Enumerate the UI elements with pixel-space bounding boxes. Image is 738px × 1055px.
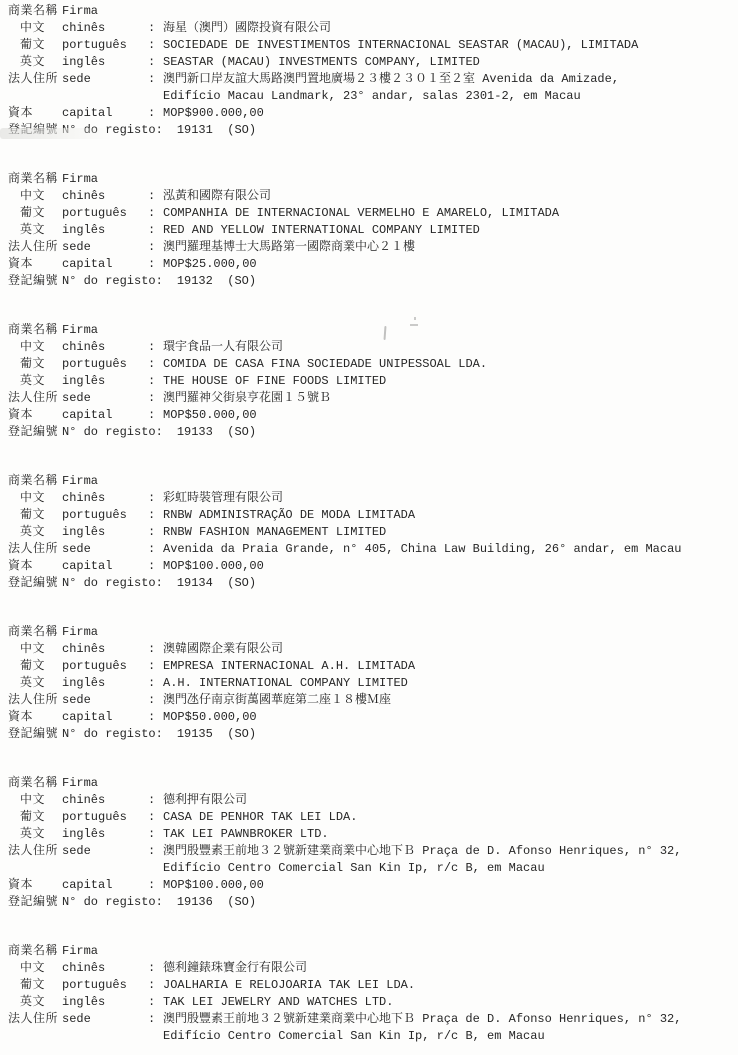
registry-label-pt: N° do registo: <box>62 122 163 139</box>
chinese-name-row: 中文 chinês : 海星（澳門）國際投資有限公司 <box>8 20 732 37</box>
company-entry: 商業名稱 Firma 中文 chinês : 澳韓國際企業有限公司 葡文 por… <box>8 624 732 743</box>
colon-separator: : <box>148 877 163 894</box>
registry-number-value: 19134 (SO) <box>177 575 256 592</box>
capital-value: MOP$100.000,00 <box>163 558 732 575</box>
portuguese-name-value: SOCIEDADE DE INVESTIMENTOS INTERNACIONAL… <box>163 37 732 54</box>
firm-label-portuguese: Firma <box>62 624 148 641</box>
capital-label-cn: 資本 <box>8 709 62 726</box>
portuguese-name-row: 葡文 português : COMIDA DE CASA FINA SOCIE… <box>8 356 732 373</box>
registered-seat-row: 法人住所 sede : 澳門殷豐素王前地３２號新建業商業中心地下Ｂ Praça … <box>8 843 732 877</box>
portuguese-name-value: COMPANHIA DE INTERNACIONAL VERMELHO E AM… <box>163 205 732 222</box>
firm-header-row: 商業名稱 Firma <box>8 473 732 490</box>
company-entry-list: 商業名稱 Firma 中文 chinês : 海星（澳門）國際投資有限公司 葡文… <box>8 3 732 1045</box>
english-name-value: A.H. INTERNATIONAL COMPANY LIMITED <box>163 675 732 692</box>
colon-separator: : <box>148 541 163 558</box>
firm-label-chinese: 商業名稱 <box>8 3 62 20</box>
seat-address-value: 澳門殷豐素王前地３２號新建業商業中心地下Ｂ Praça de D. Afonso… <box>163 843 732 877</box>
english-label-cn: 英文 <box>8 54 62 71</box>
portuguese-name-value: RNBW ADMINISTRAÇÃO DE MODA LIMITADA <box>163 507 732 524</box>
chinese-label-pt: chinês <box>62 188 148 205</box>
colon-separator: : <box>148 239 163 256</box>
portuguese-name-row: 葡文 português : CASA DE PENHOR TAK LEI LD… <box>8 809 732 826</box>
english-name-value: SEASTAR (MACAU) INVESTMENTS COMPANY, LIM… <box>163 54 732 71</box>
firm-label-chinese: 商業名稱 <box>8 171 62 188</box>
portuguese-label-cn: 葡文 <box>8 809 62 826</box>
registry-number-value: 19136 (SO) <box>177 894 256 911</box>
chinese-name-value: 環宇食品一人有限公司 <box>163 339 732 356</box>
capital-row: 資本 capital : MOP$100.000,00 <box>8 558 732 575</box>
english-name-row: 英文 inglês : THE HOUSE OF FINE FOODS LIMI… <box>8 373 732 390</box>
registered-seat-row: 法人住所 sede : 澳門羅神父街泉亨花園１５號Ｂ <box>8 390 732 407</box>
english-label-pt: inglês <box>62 826 148 843</box>
colon-separator: : <box>148 490 163 507</box>
portuguese-label-cn: 葡文 <box>8 205 62 222</box>
portuguese-label-pt: português <box>62 507 148 524</box>
registry-label-pt: N° do registo: <box>62 575 163 592</box>
seat-address-value: 澳門殷豐素王前地３２號新建業商業中心地下Ｂ Praça de D. Afonso… <box>163 1011 732 1045</box>
seat-address-value: Avenida da Praia Grande, n° 405, China L… <box>163 541 732 558</box>
seat-label-pt: sede <box>62 239 148 256</box>
capital-label-cn: 資本 <box>8 558 62 575</box>
firm-header-row: 商業名稱 Firma <box>8 943 732 960</box>
colon-separator: : <box>148 407 163 424</box>
registry-label-cn: 登記編號 <box>8 575 62 592</box>
firm-label-chinese: 商業名稱 <box>8 775 62 792</box>
chinese-label-pt: chinês <box>62 20 148 37</box>
registry-number-value: 19135 (SO) <box>177 726 256 743</box>
english-label-pt: inglês <box>62 373 148 390</box>
portuguese-name-row: 葡文 português : RNBW ADMINISTRAÇÃO DE MOD… <box>8 507 732 524</box>
chinese-name-value: 彩虹時裝管理有限公司 <box>163 490 732 507</box>
firm-label-chinese: 商業名稱 <box>8 473 62 490</box>
portuguese-label-cn: 葡文 <box>8 37 62 54</box>
colon-separator: : <box>148 54 163 71</box>
portuguese-name-value: EMPRESA INTERNACIONAL A.H. LIMITADA <box>163 658 732 675</box>
capital-label-pt: capital <box>62 709 148 726</box>
capital-value: MOP$50.000,00 <box>163 407 732 424</box>
registry-number-value: 19133 (SO) <box>177 424 256 441</box>
colon-separator: : <box>148 390 163 407</box>
seat-label-pt: sede <box>62 541 148 558</box>
portuguese-name-row: 葡文 português : COMPANHIA DE INTERNACIONA… <box>8 205 732 222</box>
chinese-name-value: 澳韓國際企業有限公司 <box>163 641 732 658</box>
capital-row: 資本 capital : MOP$25.000,00 <box>8 256 732 273</box>
colon-separator: : <box>148 188 163 205</box>
colon-separator: : <box>148 792 163 809</box>
capital-row: 資本 capital : MOP$50.000,00 <box>8 407 732 424</box>
colon-separator: : <box>148 105 163 122</box>
company-entry: 商業名稱 Firma 中文 chinês : 彩虹時裝管理有限公司 葡文 por… <box>8 473 732 592</box>
colon-separator: : <box>148 507 163 524</box>
chinese-name-row: 中文 chinês : 泓黃和國際有限公司 <box>8 188 732 205</box>
registry-label-cn: 登記編號 <box>8 273 62 290</box>
colon-separator: : <box>148 524 163 541</box>
seat-label-cn: 法人住所 <box>8 843 62 860</box>
english-name-row: 英文 inglês : SEASTAR (MACAU) INVESTMENTS … <box>8 54 732 71</box>
chinese-name-row: 中文 chinês : 彩虹時裝管理有限公司 <box>8 490 732 507</box>
capital-value: MOP$900.000,00 <box>163 105 732 122</box>
colon-separator: : <box>148 960 163 977</box>
english-label-cn: 英文 <box>8 222 62 239</box>
firm-label-portuguese: Firma <box>62 775 148 792</box>
registry-label-pt: N° do registo: <box>62 424 163 441</box>
english-label-pt: inglês <box>62 994 148 1011</box>
firm-header-row: 商業名稱 Firma <box>8 624 732 641</box>
seat-label-cn: 法人住所 <box>8 239 62 256</box>
registry-number-row: 登記編號 N° do registo: 19131 (SO) <box>8 122 732 139</box>
firm-label-chinese: 商業名稱 <box>8 322 62 339</box>
firm-header-row: 商業名稱 Firma <box>8 775 732 792</box>
registry-label-cn: 登記編號 <box>8 726 62 743</box>
capital-value: MOP$25.000,00 <box>163 256 732 273</box>
registry-number-row: 登記編號 N° do registo: 19136 (SO) <box>8 894 732 911</box>
chinese-name-value: 泓黃和國際有限公司 <box>163 188 732 205</box>
company-entry: 商業名稱 Firma 中文 chinês : 德利押有限公司 葡文 portug… <box>8 775 732 911</box>
portuguese-name-value: COMIDA DE CASA FINA SOCIEDADE UNIPESSOAL… <box>163 356 732 373</box>
company-entry: 商業名稱 Firma 中文 chinês : 德利鐘錶珠寶金行有限公司 葡文 p… <box>8 943 732 1045</box>
firm-label-portuguese: Firma <box>62 3 148 20</box>
firm-label-portuguese: Firma <box>62 322 148 339</box>
portuguese-label-pt: português <box>62 809 148 826</box>
capital-label-pt: capital <box>62 256 148 273</box>
portuguese-label-cn: 葡文 <box>8 507 62 524</box>
firm-header-row: 商業名稱 Firma <box>8 3 732 20</box>
registered-seat-row: 法人住所 sede : 澳門殷豐素王前地３２號新建業商業中心地下Ｂ Praça … <box>8 1011 732 1045</box>
firm-label-portuguese: Firma <box>62 473 148 490</box>
capital-label-cn: 資本 <box>8 407 62 424</box>
registered-seat-row: 法人住所 sede : 澳門新口岸友誼大馬路澳門置地廣場２３樓２３０１至２室 A… <box>8 71 732 105</box>
english-name-row: 英文 inglês : TAK LEI PAWNBROKER LTD. <box>8 826 732 843</box>
seat-label-pt: sede <box>62 1011 148 1028</box>
capital-label-pt: capital <box>62 407 148 424</box>
colon-separator: : <box>148 1011 163 1028</box>
portuguese-label-pt: português <box>62 356 148 373</box>
seat-label-pt: sede <box>62 843 148 860</box>
english-label-pt: inglês <box>62 54 148 71</box>
english-name-value: TAK LEI JEWELRY AND WATCHES LTD. <box>163 994 732 1011</box>
colon-separator: : <box>148 205 163 222</box>
seat-label-cn: 法人住所 <box>8 71 62 88</box>
seat-address-value: 澳門新口岸友誼大馬路澳門置地廣場２３樓２３０１至２室 Avenida da Am… <box>163 71 732 105</box>
colon-separator: : <box>148 843 163 860</box>
seat-label-cn: 法人住所 <box>8 692 62 709</box>
chinese-label-pt: chinês <box>62 490 148 507</box>
colon-separator: : <box>148 977 163 994</box>
registry-label-pt: N° do registo: <box>62 894 163 911</box>
colon-separator: : <box>148 256 163 273</box>
seat-label-cn: 法人住所 <box>8 390 62 407</box>
chinese-name-value: 德利押有限公司 <box>163 792 732 809</box>
seat-label-cn: 法人住所 <box>8 1011 62 1028</box>
registry-number-row: 登記編號 N° do registo: 19133 (SO) <box>8 424 732 441</box>
capital-value: MOP$50.000,00 <box>163 709 732 726</box>
colon-separator: : <box>148 222 163 239</box>
registry-document-page: 商業名稱 Firma 中文 chinês : 海星（澳門）國際投資有限公司 葡文… <box>0 0 738 1055</box>
capital-label-pt: capital <box>62 558 148 575</box>
chinese-name-row: 中文 chinês : 環宇食品一人有限公司 <box>8 339 732 356</box>
colon-separator: : <box>148 809 163 826</box>
portuguese-name-row: 葡文 português : EMPRESA INTERNACIONAL A.H… <box>8 658 732 675</box>
english-name-row: 英文 inglês : A.H. INTERNATIONAL COMPANY L… <box>8 675 732 692</box>
company-entry: 商業名稱 Firma 中文 chinês : 泓黃和國際有限公司 葡文 port… <box>8 171 732 290</box>
chinese-label-pt: chinês <box>62 792 148 809</box>
registry-label-cn: 登記編號 <box>8 122 62 139</box>
chinese-label-cn: 中文 <box>8 20 62 37</box>
chinese-name-row: 中文 chinês : 澳韓國際企業有限公司 <box>8 641 732 658</box>
colon-separator: : <box>148 71 163 88</box>
capital-row: 資本 capital : MOP$50.000,00 <box>8 709 732 726</box>
capital-label-pt: capital <box>62 877 148 894</box>
company-entry: 商業名稱 Firma 中文 chinês : 環宇食品一人有限公司 葡文 por… <box>8 322 732 441</box>
colon-separator: : <box>148 37 163 54</box>
colon-separator: : <box>148 373 163 390</box>
english-name-row: 英文 inglês : TAK LEI JEWELRY AND WATCHES … <box>8 994 732 1011</box>
capital-label-pt: capital <box>62 105 148 122</box>
chinese-label-cn: 中文 <box>8 339 62 356</box>
chinese-label-cn: 中文 <box>8 792 62 809</box>
portuguese-label-pt: português <box>62 977 148 994</box>
portuguese-name-value: JOALHARIA E RELOJOARIA TAK LEI LDA. <box>163 977 732 994</box>
company-entry: 商業名稱 Firma 中文 chinês : 海星（澳門）國際投資有限公司 葡文… <box>8 3 732 139</box>
english-name-row: 英文 inglês : RNBW FASHION MANAGEMENT LIMI… <box>8 524 732 541</box>
portuguese-name-value: CASA DE PENHOR TAK LEI LDA. <box>163 809 732 826</box>
english-name-value: RED AND YELLOW INTERNATIONAL COMPANY LIM… <box>163 222 732 239</box>
capital-row: 資本 capital : MOP$900.000,00 <box>8 105 732 122</box>
seat-label-pt: sede <box>62 390 148 407</box>
chinese-label-pt: chinês <box>62 641 148 658</box>
registry-number-value: 19132 (SO) <box>177 273 256 290</box>
firm-header-row: 商業名稱 Firma <box>8 322 732 339</box>
chinese-name-value: 德利鐘錶珠寶金行有限公司 <box>163 960 732 977</box>
chinese-label-pt: chinês <box>62 339 148 356</box>
seat-label-pt: sede <box>62 71 148 88</box>
firm-label-portuguese: Firma <box>62 943 148 960</box>
english-label-pt: inglês <box>62 222 148 239</box>
chinese-name-row: 中文 chinês : 德利鐘錶珠寶金行有限公司 <box>8 960 732 977</box>
english-name-value: THE HOUSE OF FINE FOODS LIMITED <box>163 373 732 390</box>
english-label-cn: 英文 <box>8 373 62 390</box>
english-name-row: 英文 inglês : RED AND YELLOW INTERNATIONAL… <box>8 222 732 239</box>
colon-separator: : <box>148 558 163 575</box>
registry-label-pt: N° do registo: <box>62 273 163 290</box>
registry-label-pt: N° do registo: <box>62 726 163 743</box>
english-name-value: RNBW FASHION MANAGEMENT LIMITED <box>163 524 732 541</box>
registry-label-cn: 登記編號 <box>8 894 62 911</box>
chinese-label-pt: chinês <box>62 960 148 977</box>
portuguese-label-cn: 葡文 <box>8 356 62 373</box>
capital-label-cn: 資本 <box>8 105 62 122</box>
firm-header-row: 商業名稱 Firma <box>8 171 732 188</box>
capital-label-cn: 資本 <box>8 877 62 894</box>
capital-label-cn: 資本 <box>8 256 62 273</box>
chinese-name-value: 海星（澳門）國際投資有限公司 <box>163 20 732 37</box>
chinese-label-cn: 中文 <box>8 188 62 205</box>
capital-value: MOP$100.000,00 <box>163 877 732 894</box>
colon-separator: : <box>148 339 163 356</box>
english-label-cn: 英文 <box>8 994 62 1011</box>
registered-seat-row: 法人住所 sede : 澳門羅理基博士大馬路第一國際商業中心２１樓 <box>8 239 732 256</box>
english-name-value: TAK LEI PAWNBROKER LTD. <box>163 826 732 843</box>
registry-number-value: 19131 (SO) <box>177 122 256 139</box>
chinese-label-cn: 中文 <box>8 960 62 977</box>
seat-label-cn: 法人住所 <box>8 541 62 558</box>
seat-label-pt: sede <box>62 692 148 709</box>
colon-separator: : <box>148 641 163 658</box>
capital-row: 資本 capital : MOP$100.000,00 <box>8 877 732 894</box>
portuguese-label-pt: português <box>62 37 148 54</box>
firm-label-chinese: 商業名稱 <box>8 943 62 960</box>
chinese-label-cn: 中文 <box>8 490 62 507</box>
registered-seat-row: 法人住所 sede : 澳門氹仔南京街萬國華庭第二座１８樓Ｍ座 <box>8 692 732 709</box>
chinese-label-cn: 中文 <box>8 641 62 658</box>
colon-separator: : <box>148 692 163 709</box>
portuguese-label-cn: 葡文 <box>8 977 62 994</box>
portuguese-label-cn: 葡文 <box>8 658 62 675</box>
firm-label-chinese: 商業名稱 <box>8 624 62 641</box>
registry-number-row: 登記編號 N° do registo: 19135 (SO) <box>8 726 732 743</box>
firm-label-portuguese: Firma <box>62 171 148 188</box>
english-label-pt: inglês <box>62 524 148 541</box>
portuguese-name-row: 葡文 português : SOCIEDADE DE INVESTIMENTO… <box>8 37 732 54</box>
portuguese-label-pt: português <box>62 205 148 222</box>
english-label-cn: 英文 <box>8 524 62 541</box>
english-label-pt: inglês <box>62 675 148 692</box>
registry-label-cn: 登記編號 <box>8 424 62 441</box>
portuguese-name-row: 葡文 português : JOALHARIA E RELOJOARIA TA… <box>8 977 732 994</box>
colon-separator: : <box>148 994 163 1011</box>
colon-separator: : <box>148 20 163 37</box>
colon-separator: : <box>148 658 163 675</box>
seat-address-value: 澳門羅理基博士大馬路第一國際商業中心２１樓 <box>163 239 732 256</box>
colon-separator: : <box>148 826 163 843</box>
registered-seat-row: 法人住所 sede : Avenida da Praia Grande, n° … <box>8 541 732 558</box>
portuguese-label-pt: português <box>62 658 148 675</box>
english-label-cn: 英文 <box>8 675 62 692</box>
seat-address-value: 澳門羅神父街泉亨花園１５號Ｂ <box>163 390 732 407</box>
colon-separator: : <box>148 675 163 692</box>
colon-separator: : <box>148 709 163 726</box>
colon-separator: : <box>148 356 163 373</box>
registry-number-row: 登記編號 N° do registo: 19132 (SO) <box>8 273 732 290</box>
chinese-name-row: 中文 chinês : 德利押有限公司 <box>8 792 732 809</box>
registry-number-row: 登記編號 N° do registo: 19134 (SO) <box>8 575 732 592</box>
english-label-cn: 英文 <box>8 826 62 843</box>
seat-address-value: 澳門氹仔南京街萬國華庭第二座１８樓Ｍ座 <box>163 692 732 709</box>
